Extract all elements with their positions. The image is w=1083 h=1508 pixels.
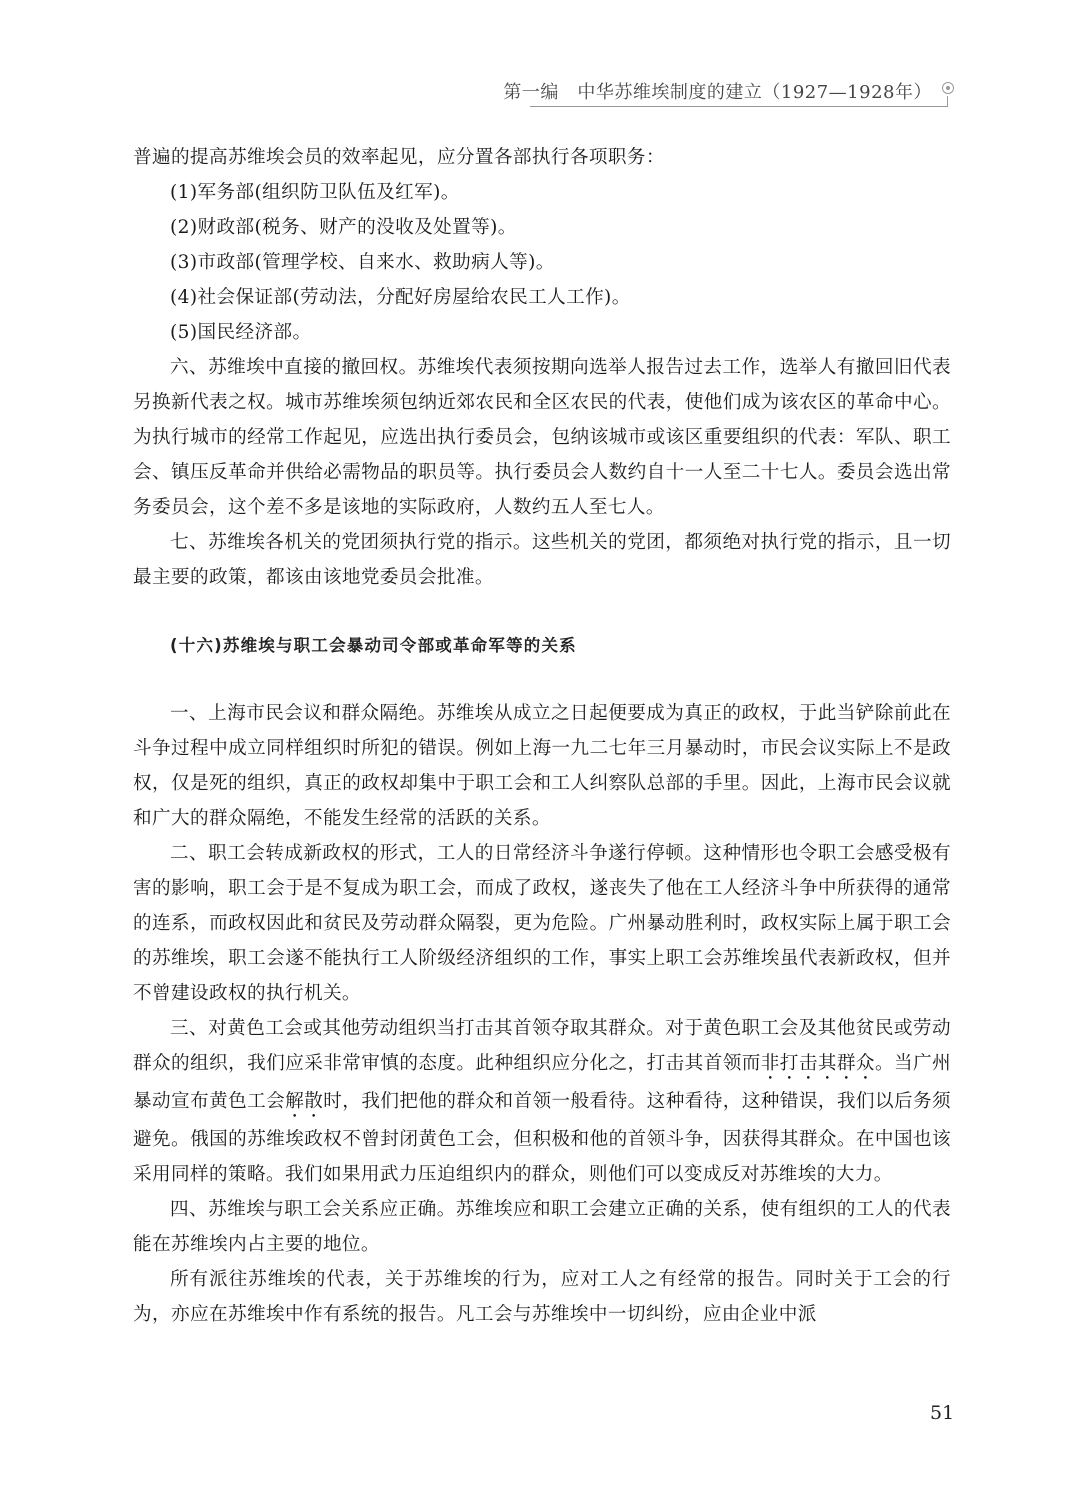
list-item: (5)国民经济部。 xyxy=(133,315,951,350)
intro-paragraph: 普遍的提高苏维埃会员的效率起见，应分置各部执行各项职务： xyxy=(133,140,951,175)
page-body: 普遍的提高苏维埃会员的效率起见，应分置各部执行各项职务： (1)军务部(组织防卫… xyxy=(133,140,951,1332)
paragraph-delegates: 所有派往苏维埃的代表，关于苏维埃的行为，应对工人之有经常的报告。同时关于工会的行… xyxy=(133,1262,951,1332)
section-heading: (十六)苏维埃与职工会暴动司令部或革命军等的关系 xyxy=(170,628,951,663)
paragraph-trade-unions: 二、职工会转成新政权的形式，工人的日常经济斗争遂行停顿。这种情形也令职工会感受极… xyxy=(133,836,951,1011)
running-title: 第一编 中华苏维埃制度的建立（1927—1928年） xyxy=(503,78,932,104)
list-item: (3)市政部(管理学校、自来水、救助病人等)。 xyxy=(133,245,951,280)
list-item: (2)财政部(税务、财产的没收及处置等)。 xyxy=(133,210,951,245)
header-rule-tick xyxy=(947,96,948,106)
emphasis-text: 非打击其群众 xyxy=(761,1053,875,1074)
paragraph-yellow-unions: 三、对黄色工会或其他劳动组织当打击其首领夺取其群众。对于黄色职工会及其他贫民或劳… xyxy=(133,1011,951,1192)
paragraph-party-groups: 七、苏维埃各机关的党团须执行党的指示。这些机关的党团，都须绝对执行党的指示，且一… xyxy=(133,525,951,595)
paragraph-shanghai: 一、上海市民会议和群众隔绝。苏维埃从成立之日起便要成为真正的政权，于此当铲除前此… xyxy=(133,696,951,836)
list-item: (4)社会保证部(劳动法，分配好房屋给农民工人工作)。 xyxy=(133,280,951,315)
page-number: 51 xyxy=(930,1402,954,1424)
paragraph-recall-right: 六、苏维埃中直接的撤回权。苏维埃代表须按期向选举人报告过去工作，选举人有撤回旧代… xyxy=(133,350,951,525)
header-rule xyxy=(530,106,948,107)
list-item: (1)军务部(组织防卫队伍及红军)。 xyxy=(133,175,951,210)
paragraph-correct-relations: 四、苏维埃与职工会关系应正确。苏维埃应和职工会建立正确的关系，使有组织的工人的代… xyxy=(133,1192,951,1262)
emphasis-text: 解散 xyxy=(285,1091,323,1112)
running-header: 第一编 中华苏维埃制度的建立（1927—1928年） xyxy=(530,78,960,108)
circle-dot-ornament-icon xyxy=(942,82,954,94)
